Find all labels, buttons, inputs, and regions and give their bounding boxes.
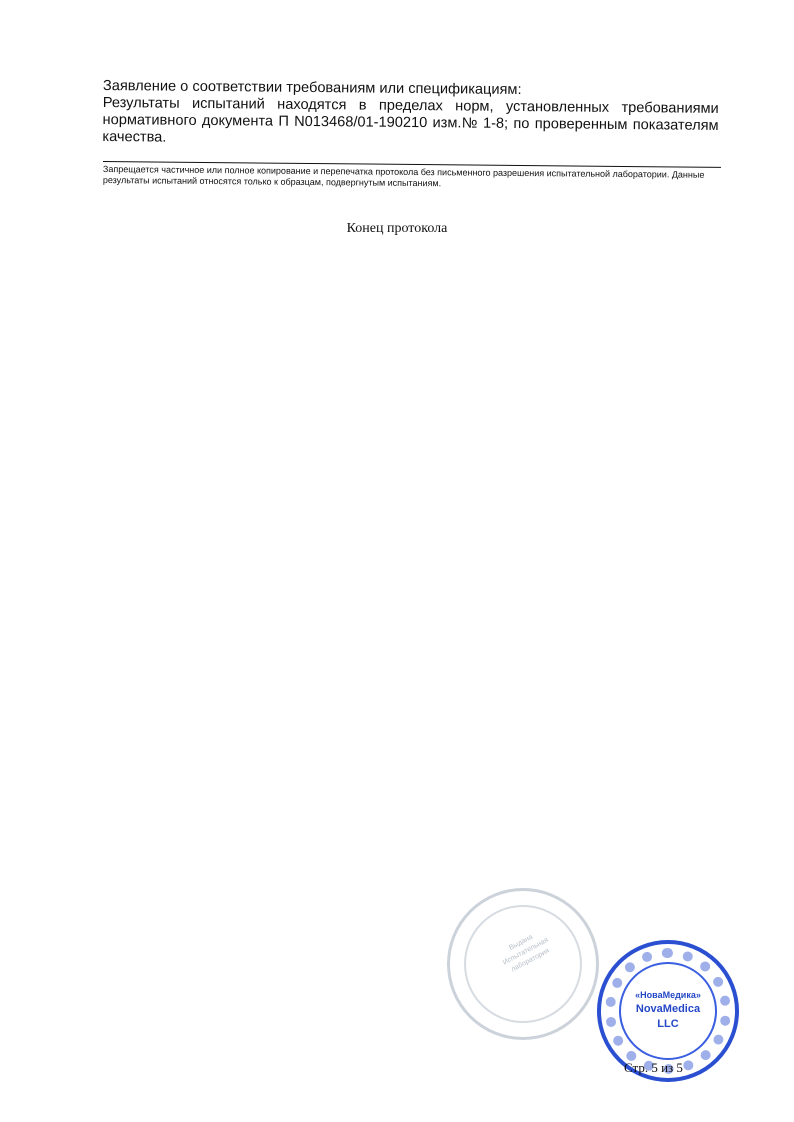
copy-notice: Запрещается частичное или полное копиров… [103, 164, 725, 192]
statement-body: Результаты испытаний находятся в предела… [102, 95, 718, 152]
stamp-company-ru: «НоваМедика» [601, 990, 735, 1000]
end-of-protocol: Конец протокола [0, 221, 794, 237]
stamp-company-en: NovaMedica [601, 1003, 735, 1015]
document-page: Заявление о соответствии требованиям или… [0, 0, 794, 1122]
copy-notice-text: Запрещается частичное или полное копиров… [103, 164, 725, 192]
laboratory-stamp: Выдана Испытательная лаборатория [447, 888, 599, 1040]
laboratory-stamp-text: Выдана Испытательная лаборатория [475, 915, 577, 988]
stamp-company-suffix: LLC [601, 1018, 735, 1030]
page-number: Стр. 5 из 5 [624, 1060, 683, 1076]
conformity-statement: Заявление о соответствии требованиям или… [102, 78, 719, 152]
